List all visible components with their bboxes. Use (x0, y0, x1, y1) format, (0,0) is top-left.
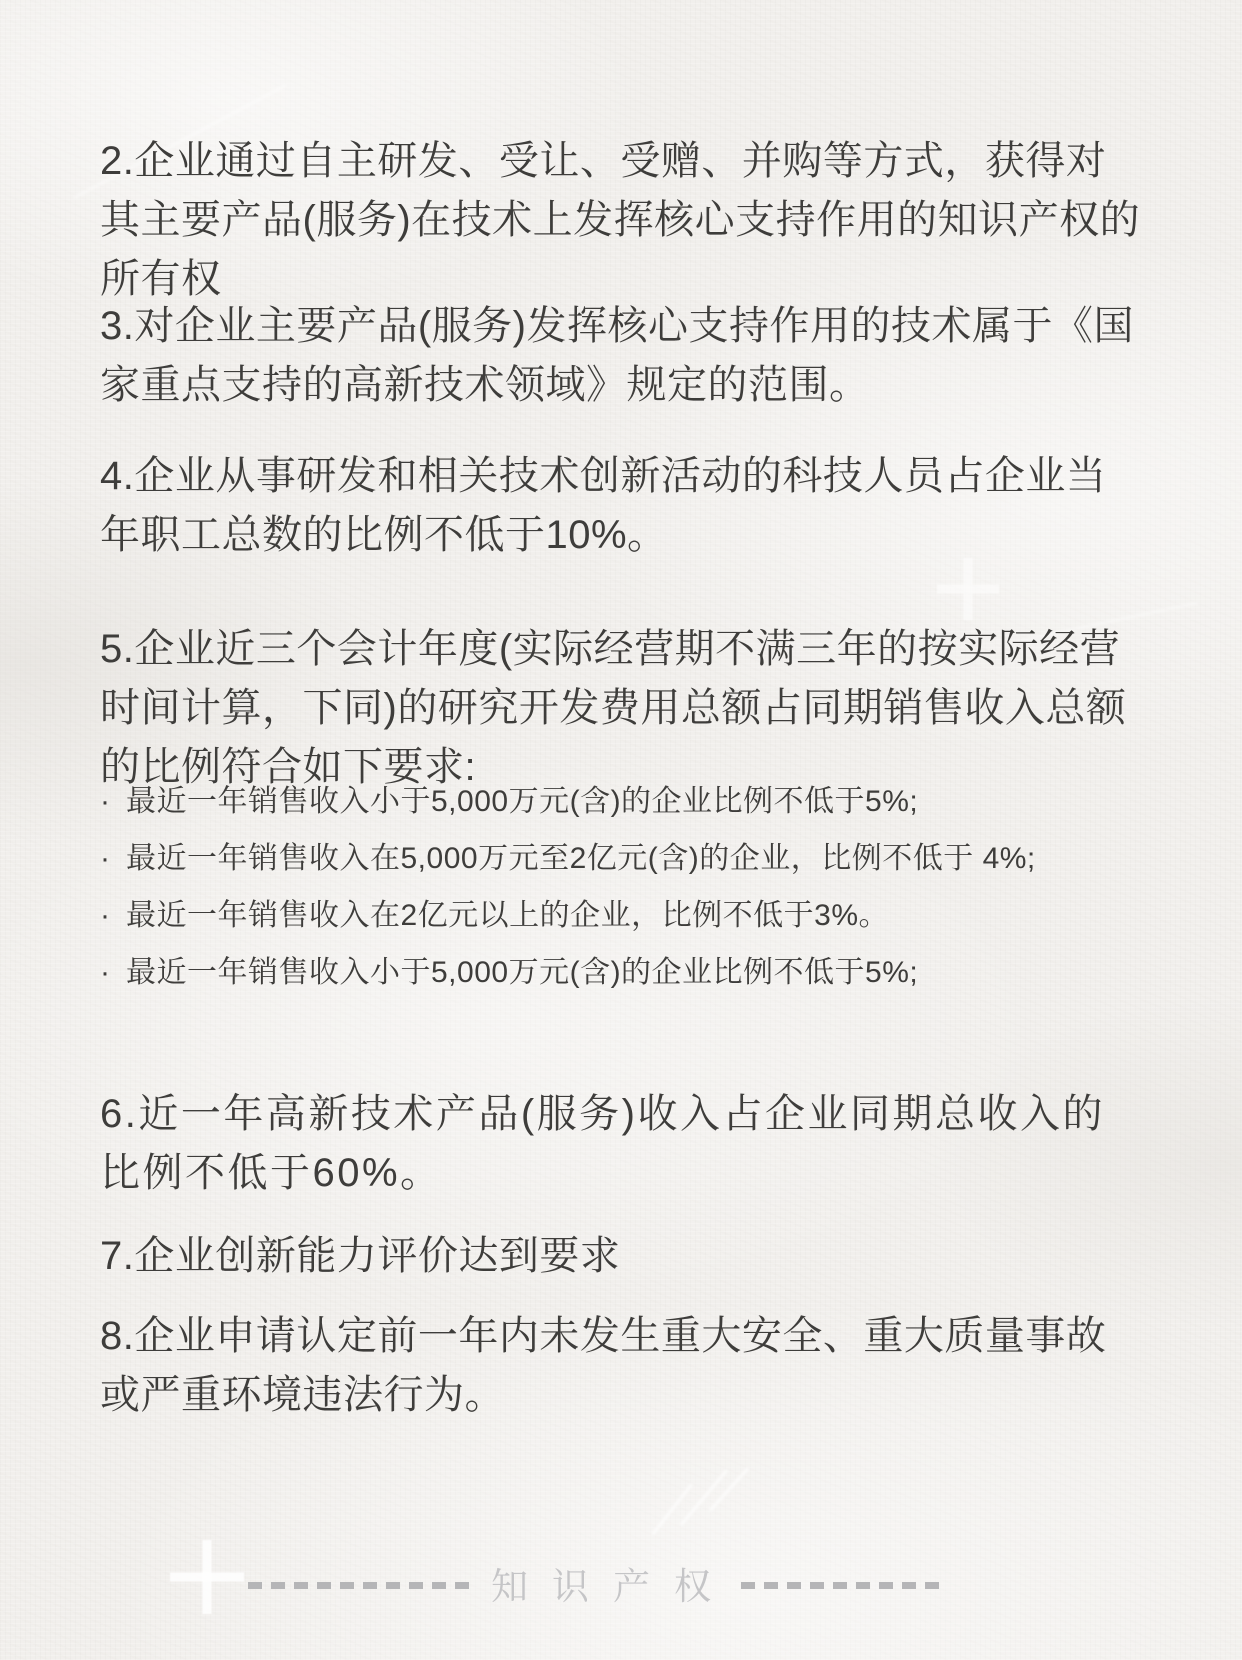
dashed-line-left (248, 1582, 473, 1589)
bullet-marker: · (100, 887, 126, 944)
list-item: ·最近一年销售收入在2亿元以上的企业，比例不低于3%。 (100, 887, 1145, 944)
requirement-paragraph-2: 2.企业通过自主研发、受让、受赠、并购等方式，获得对其主要产品(服务)在技术上发… (100, 132, 1145, 309)
requirement-paragraph-7: 7.企业创新能力评价达到要求 (100, 1227, 1145, 1286)
requirement-paragraph-4: 4.企业从事研发和相关技术创新活动的科技人员占企业当年职工总数的比例不低于10%… (100, 447, 1145, 565)
paper-crease-line (708, 1467, 749, 1512)
bullet-marker: · (100, 944, 126, 1001)
paper-page: { "colors": { "background": "#f1efec", "… (0, 0, 1242, 1660)
plus-icon (937, 558, 999, 620)
revenue-threshold-list: ·最近一年销售收入小于5,000万元(含)的企业比例不低于5%; ·最近一年销售… (100, 773, 1145, 1001)
bullet-text: 最近一年销售收入在5,000万元至2亿元(含)的企业，比例不低于 4%; (126, 842, 1036, 875)
bullet-text: 最近一年销售收入小于5,000万元(含)的企业比例不低于5%; (126, 785, 918, 818)
bullet-text: 最近一年销售收入小于5,000万元(含)的企业比例不低于5%; (126, 956, 918, 989)
list-item: ·最近一年销售收入小于5,000万元(含)的企业比例不低于5%; (100, 773, 1145, 830)
requirement-paragraph-5: 5.企业近三个会计年度(实际经营期不满三年的按实际经营时间计算，下同)的研究开发… (100, 620, 1145, 797)
requirement-paragraph-8: 8.企业申请认定前一年内未发生重大安全、重大质量事故或严重环境违法行为。 (100, 1307, 1145, 1425)
list-item: ·最近一年销售收入小于5,000万元(含)的企业比例不低于5%; (100, 944, 1145, 1001)
bullet-text: 最近一年销售收入在2亿元以上的企业，比例不低于3%。 (126, 899, 889, 932)
requirement-paragraph-3: 3.对企业主要产品(服务)发挥核心支持作用的技术属于《国家重点支持的高新技术领域… (100, 297, 1145, 415)
bullet-marker: · (100, 773, 126, 830)
requirement-paragraph-6: 6.近一年高新技术产品(服务)收入占企业同期总收入的比例不低于60%。 (100, 1085, 1145, 1203)
list-item: ·最近一年销售收入在5,000万元至2亿元(含)的企业，比例不低于 4%; (100, 830, 1145, 887)
paper-crease-line (651, 1483, 693, 1535)
dashed-line-right (741, 1582, 943, 1589)
plus-icon (170, 1540, 244, 1614)
footer: 知识产权 (248, 1556, 938, 1610)
footer-label: 知识产权 (473, 1556, 741, 1610)
bullet-marker: · (100, 830, 126, 887)
